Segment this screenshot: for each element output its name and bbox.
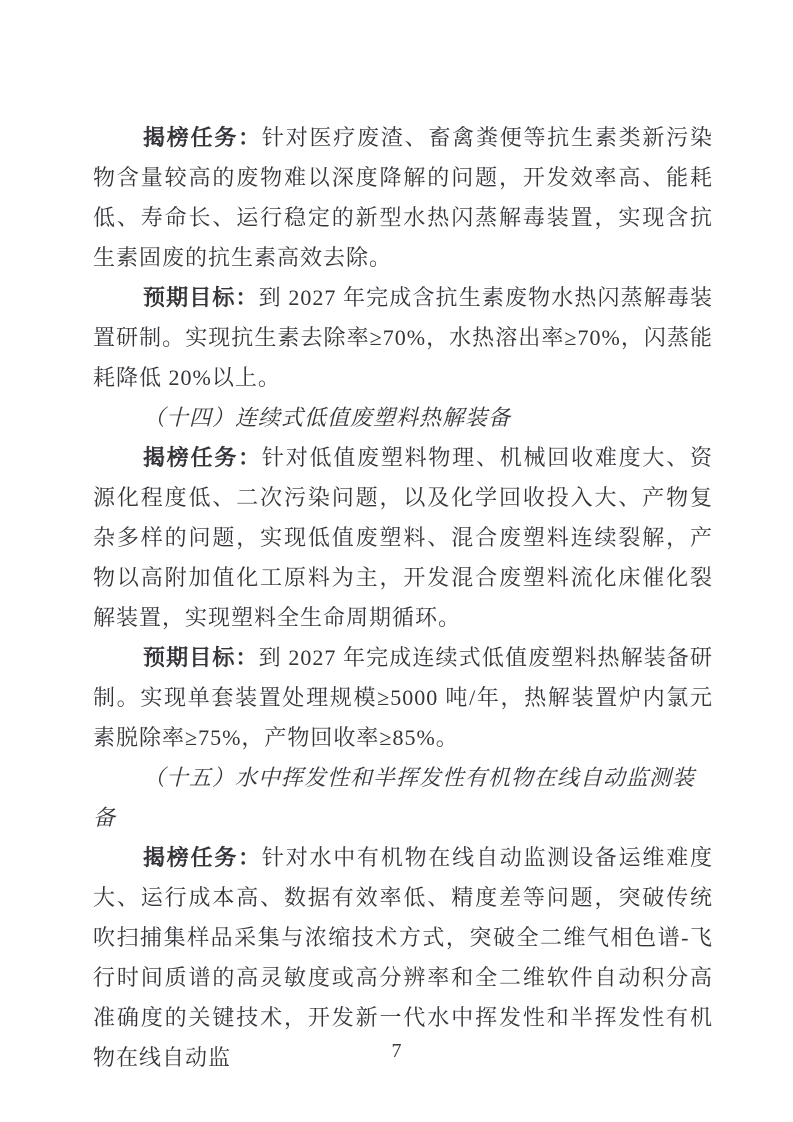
paragraph-text: 针对水中有机物在线自动监测设备运维难度大、运行成本高、数据有效率低、精度差等问题… (93, 845, 713, 1070)
page-number: 7 (0, 1038, 793, 1064)
body-paragraph: 揭榜任务：针对医疗废渣、畜禽粪便等抗生素类新污染物含量较高的废物难以深度降解的问… (93, 118, 713, 278)
section-heading: （十五）水中挥发性和半挥发性有机物在线自动监测装备 (93, 758, 713, 838)
body-paragraph: 揭榜任务：针对低值废塑料物理、机械回收难度大、资源化程度低、二次污染问题，以及化… (93, 438, 713, 638)
paragraph-label: 预期目标： (143, 645, 259, 670)
paragraph-label: 预期目标： (143, 285, 259, 310)
paragraph-label: 揭榜任务： (143, 125, 262, 150)
document-page: 揭榜任务：针对医疗废渣、畜禽粪便等抗生素类新污染物含量较高的废物难以深度降解的问… (0, 0, 793, 1122)
body-paragraph: 预期目标：到 2027 年完成连续式低值废塑料热解装备研制。实现单套装置处理规模… (93, 638, 713, 758)
paragraph-text: 针对低值废塑料物理、机械回收难度大、资源化程度低、二次污染问题，以及化学回收投入… (93, 445, 713, 630)
paragraph-label: 揭榜任务： (143, 845, 262, 870)
paragraph-label: 揭榜任务： (143, 445, 262, 470)
body-paragraph: 预期目标：到 2027 年完成含抗生素废物水热闪蒸解毒装置研制。实现抗生素去除率… (93, 278, 713, 398)
document-body: 揭榜任务：针对医疗废渣、畜禽粪便等抗生素类新污染物含量较高的废物难以深度降解的问… (93, 118, 713, 1078)
section-heading: （十四）连续式低值废塑料热解装备 (93, 398, 713, 438)
